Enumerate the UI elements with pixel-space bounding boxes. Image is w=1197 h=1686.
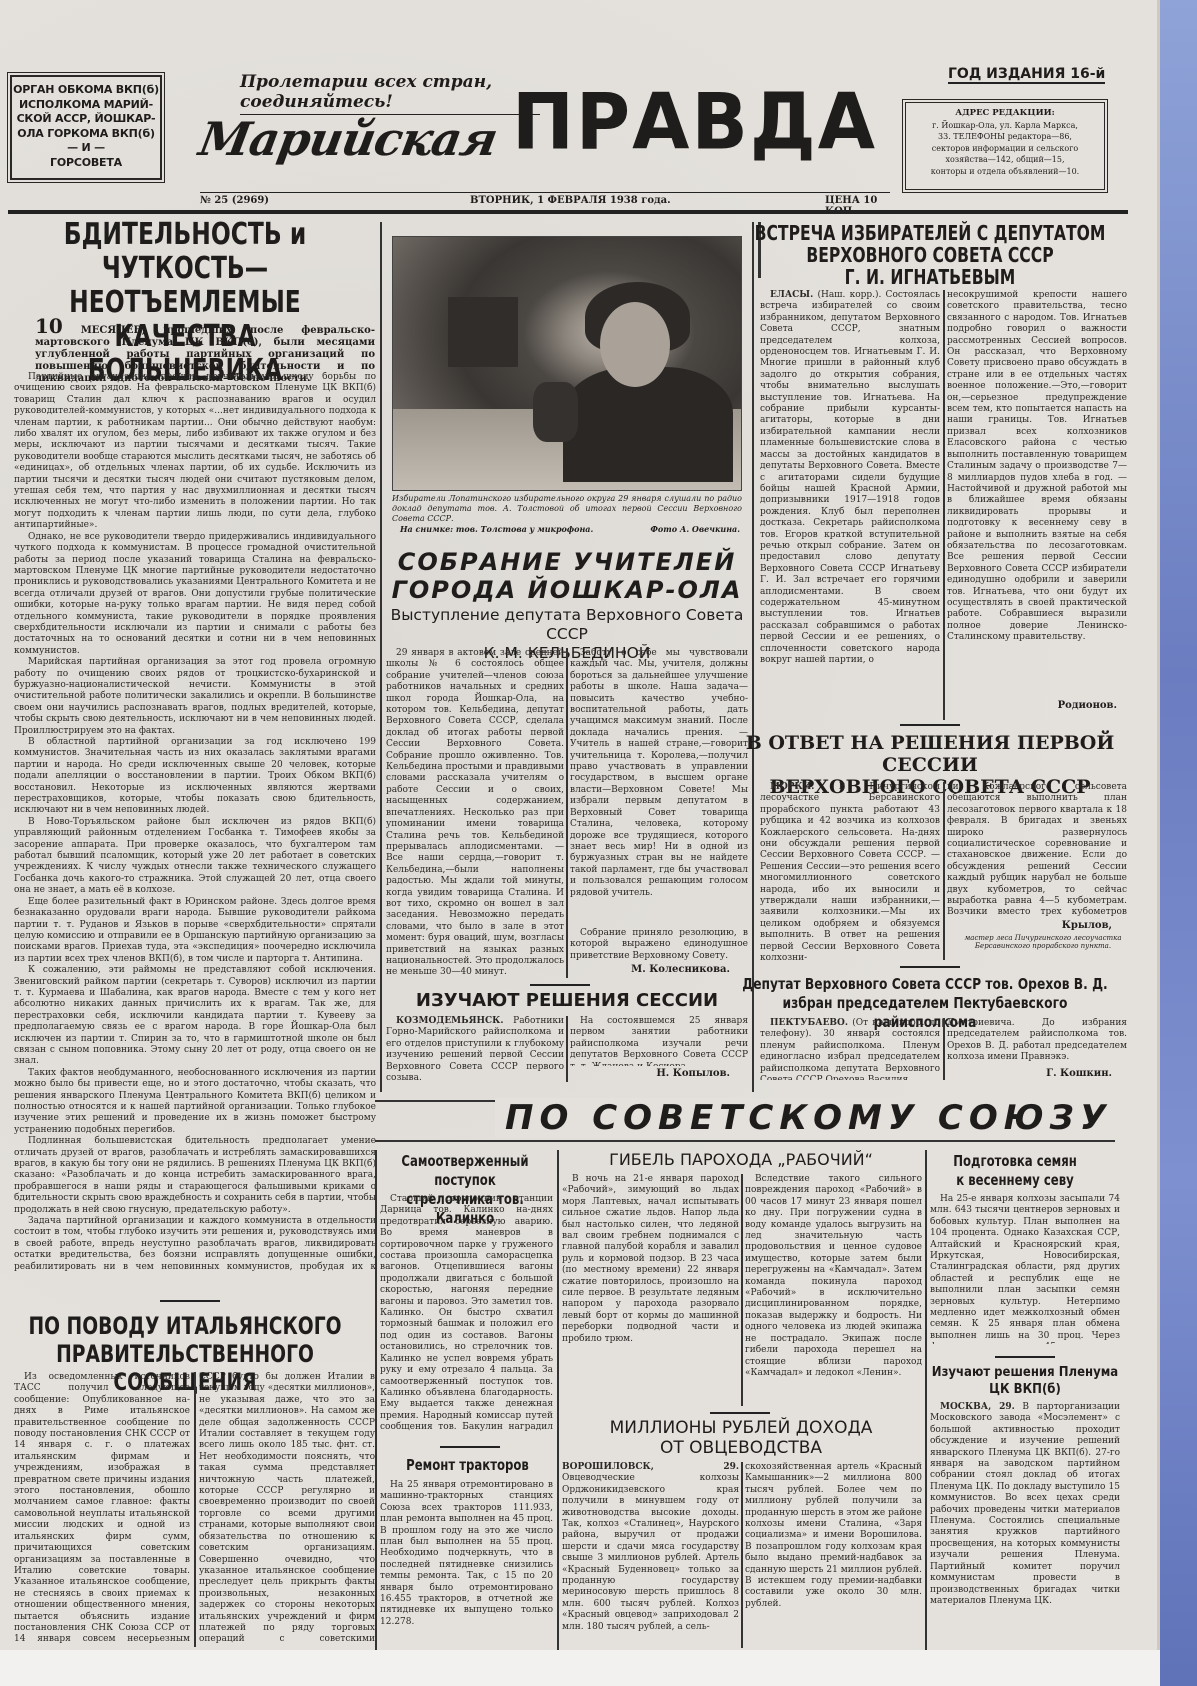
teachers-resolution: Собрание приняло резолюцию, в которой вы… [570, 928, 748, 964]
paragraph: Марийская партийная организация за этот … [14, 657, 376, 737]
sheep-col-2: скохозяйственная артель «Красный Камышан… [745, 1462, 922, 1648]
headline-line: Изучают решения Пленума [931, 1364, 1120, 1381]
dateline: МОРКИ. [770, 782, 814, 792]
newspaper-page: ОРГАН ОБКОМА ВКП(б) ИСПОЛКОМА МАРИЙ- СКО… [0, 0, 1160, 1650]
figure-body [563, 367, 733, 482]
issue-date: ВТОРНИК, 1 ФЕВРАЛЯ 1938 года. [470, 195, 671, 206]
ignatyev-col-2: несокрушимой крепости нашего советского … [947, 290, 1127, 690]
body-text: В парторганизации Московского завода «Мо… [930, 1402, 1120, 1606]
column-divider [943, 290, 945, 720]
address-heading: АДРЕС РЕДАКЦИИ: [906, 108, 1104, 120]
ignatyev-signature: Родионов. [947, 700, 1117, 711]
section-divider [900, 966, 960, 968]
column-divider [380, 222, 382, 1092]
organ-line: СКОЙ АССР, ЙОШКАР- [12, 112, 160, 127]
editorial-body: Партийные организации прошли поучительну… [14, 372, 376, 1272]
organ-line: ОЛА ГОРКОМА ВКП(б) [12, 127, 160, 142]
study-col-1: КОЗМОДЕМЬЯНСК. Работники Горно-Марийског… [386, 1016, 564, 1082]
radio-set [448, 297, 518, 367]
publication-year: ГОД ИЗДАНИЯ 16-й [948, 66, 1105, 84]
tractors-headline: Ремонт тракторов [399, 1456, 536, 1474]
orekhov-col-1: ПЕКТУБАЕВО. (От наш. корр. по телефону).… [760, 1018, 940, 1080]
column-divider [925, 1150, 927, 1650]
section-banner-title: ПО СОВЕТСКОМУ СОЮЗУ [495, 1098, 1122, 1138]
motto: Пролетарии всех стран, соединяйтесь! [240, 72, 540, 115]
dateline: МОСКВА, 29. [940, 1402, 1015, 1412]
column-divider [752, 222, 754, 1092]
paragraph: В областной партийной организации за год… [14, 737, 376, 817]
ignatyev-headline: ВСТРЕЧА ИЗБИРАТЕЛЕЙ С ДЕПУТАТОМ ВЕРХОВНО… [751, 222, 1110, 288]
column-divider [566, 648, 568, 978]
page-bottom-edge [0, 1650, 1160, 1686]
headline-line: ОТ ОВЦЕВОДСТВА [560, 1438, 922, 1458]
dateline: КОЗМОДЕМЬЯНСК. [396, 1016, 504, 1026]
organ-line: ОРГАН ОБКОМА ВКП(б) [12, 83, 160, 98]
response-col-1: МОРКИ. В Пичургинском лесоучастке Берсав… [760, 782, 940, 960]
dateline: ВОРОШИЛОВСК, 29. [562, 1462, 739, 1472]
paragraph: В Ново-Торъяльском районе был исключен и… [14, 817, 376, 897]
ignatyev-col-1: ЕЛАСЫ. (Наш. корр.). Состоялась встреча … [760, 290, 940, 720]
subtitle-line: Выступление депутата Верховного Совета С… [384, 606, 750, 644]
organ-line: — И — [12, 141, 160, 156]
body-text: (Наш. корр.). Состоялась встреча избират… [760, 290, 940, 665]
headline-line: СОБРАНИЕ УЧИТЕЛЕЙ [384, 548, 750, 576]
steamer-col-2: Вследствие такого сильного повреждения п… [745, 1174, 922, 1406]
orekhov-signature: Г. Кошкин. [947, 1068, 1112, 1079]
headline-line: ВЕРХОВНОГО СОВЕТА СССР [751, 244, 1110, 266]
section-divider [995, 1356, 1055, 1358]
body-text: Овцеводческие колхозы Орджоникидзевского… [562, 1473, 739, 1631]
headline-line: к весеннему севу [933, 1171, 1097, 1190]
headline-line: В ОТВЕТ НА РЕШЕНИЯ ПЕРВОЙ СЕССИИ [720, 732, 1140, 776]
teachers-col-1: 29 января в актовом зале средней школы №… [386, 648, 564, 978]
lede-number: 10 [35, 314, 63, 338]
response-signature-role: мастер леса Пичургинского лесоучастка Бе… [958, 934, 1128, 950]
section-divider [440, 1446, 500, 1448]
masthead-rule [8, 210, 1128, 214]
organ-box: ОРГАН ОБКОМА ВКП(б) ИСПОЛКОМА МАРИЙ- СКО… [10, 75, 162, 180]
dateline: ЕЛАСЫ. [770, 290, 813, 300]
photo-tolstova [392, 236, 742, 491]
address-line: секторов информации и сельского [906, 143, 1104, 155]
photo-caption: Избиратели Лопатинского избирательного о… [392, 494, 742, 524]
headline-line: БДИТЕЛЬНОСТЬ и ЧУТКОСТЬ— [25, 218, 345, 286]
section-divider [160, 1300, 220, 1302]
dateline: ПЕКТУБАЕВО. [770, 1018, 848, 1028]
seeds-body: На 25-е января колхозы засыпали 74 млн. … [930, 1194, 1120, 1344]
organ-line: ИСПОЛКОМА МАРИЙ- [12, 98, 160, 113]
teachers-headline: СОБРАНИЕ УЧИТЕЛЕЙ ГОРОДА ЙОШКАР-ОЛА [384, 548, 750, 604]
column-divider [194, 1372, 196, 1647]
figure-face [600, 302, 670, 387]
title-main: ПРАВДА [512, 80, 877, 164]
paragraph: Подлинная большевистская бдительность пр… [14, 1136, 376, 1216]
headline-line: МИЛЛИОНЫ РУБЛЕЙ ДОХОДА [560, 1418, 922, 1438]
headline-line: ЦК ВКП(б) [931, 1381, 1120, 1398]
headline-line: Депутат Верховного Совета СССР тов. Орех… [741, 975, 1110, 994]
address-line: г. Йошкар-Ола, ул. Карла Маркса, [906, 120, 1104, 132]
headline-line: Г. И. ИГНАТЬЕВЫМ [751, 266, 1110, 288]
column-divider [375, 1150, 377, 1650]
body-text: В Пичургинском лесоучастке Берсавинского… [760, 782, 940, 960]
address-line: 33. ТЕЛЕФОНЫ редактора—86, [906, 131, 1104, 143]
editorial-address: АДРЕС РЕДАКЦИИ: г. Йошкар-Ола, ул. Карла… [905, 102, 1105, 190]
issue-number: № 25 (2969) [200, 195, 269, 206]
orekhov-col-2: Дмитриевича. До избрания председателем р… [947, 1018, 1127, 1064]
headline-line: ПО ПОВОДУ ИТАЛЬЯНСКОГО [17, 1312, 352, 1340]
italy-col-1: Из осведомленных источников ТАСС получил… [14, 1372, 190, 1647]
section-divider [900, 724, 960, 726]
column-divider [557, 1150, 559, 1650]
kalinko-body: Старший стрелочник станции Дарница тов. … [380, 1194, 553, 1434]
response-col-2: ки Кожлаерского сельсовета обещаются вып… [947, 782, 1127, 917]
headline-line: Самоотверженный поступок [383, 1152, 547, 1190]
study-col-2: На состоявшемся 25 января первом занятии… [570, 1016, 748, 1066]
sheep-col-1: ВОРОШИЛОВСК, 29. Овцеводческие колхозы О… [562, 1462, 739, 1648]
column-divider [943, 1018, 945, 1080]
plenum-body: МОСКВА, 29. В парторганизации Московског… [930, 1402, 1120, 1622]
paragraph: Задача партийной организации и каждого к… [14, 1216, 376, 1272]
paragraph: Еще более разительный факт в Юринском ра… [14, 897, 376, 965]
section-divider [530, 984, 590, 986]
address-line: конторы и отдела объявлений—10. [906, 166, 1104, 178]
italy-col-2: СССР будто бы должен Италии в текущем го… [199, 1372, 375, 1647]
tractors-body: На 25 января отремонтировано в машинно-т… [380, 1480, 553, 1646]
plenum-headline: Изучают решения Пленума ЦК ВКП(б) [931, 1364, 1120, 1398]
study-headline: ИЗУЧАЮТ РЕШЕНИЯ СЕССИИ [384, 990, 750, 1012]
column-divider [741, 1174, 743, 1406]
microphone [533, 382, 578, 442]
teachers-signature: М. Колесникова. [570, 964, 730, 975]
study-signature: Н. Копылов. [570, 1068, 730, 1079]
response-signature: Крылов, [947, 920, 1112, 931]
headline-line: Подготовка семян [933, 1152, 1097, 1171]
headline-line: ГОРОДА ЙОШКАР-ОЛА [384, 576, 750, 604]
paragraph: Таких фактов необдуманного, необоснованн… [14, 1068, 376, 1136]
paragraph: К сожалению, эти раймомы не представляют… [14, 965, 376, 1068]
photo-note: На снимке: тов. Толстова у микрофона. [400, 524, 600, 534]
column-divider [566, 1016, 568, 1082]
column-divider [943, 782, 945, 960]
paragraph: Партийные организации прошли поучительну… [14, 372, 376, 532]
title-script: Марийская [195, 112, 501, 166]
section-divider [710, 1412, 770, 1414]
issue-row: № 25 (2969) ВТОРНИК, 1 ФЕВРАЛЯ 1938 года… [200, 192, 890, 208]
address-line: хозяйства—142, общий—15, [906, 154, 1104, 166]
steamer-col-1: В ночь на 21-е января пароход «Рабочий»,… [562, 1174, 739, 1406]
seeds-headline: Подготовка семян к весеннему севу [933, 1152, 1097, 1190]
organ-line: ГОРСОВЕТА [12, 156, 160, 171]
sheep-headline: МИЛЛИОНЫ РУБЛЕЙ ДОХОДА ОТ ОВЦЕВОДСТВА [560, 1418, 922, 1458]
headline-line: ВСТРЕЧА ИЗБИРАТЕЛЕЙ С ДЕПУТАТОМ [751, 222, 1110, 244]
column-divider [741, 1462, 743, 1648]
paragraph: Однако, не все руководители твердо приде… [14, 532, 376, 657]
photo-credit: Фото А. Овечкина. [640, 524, 740, 534]
steamer-headline: ГИБЕЛЬ ПАРОХОДА „РАБОЧИЙ“ [560, 1150, 922, 1170]
